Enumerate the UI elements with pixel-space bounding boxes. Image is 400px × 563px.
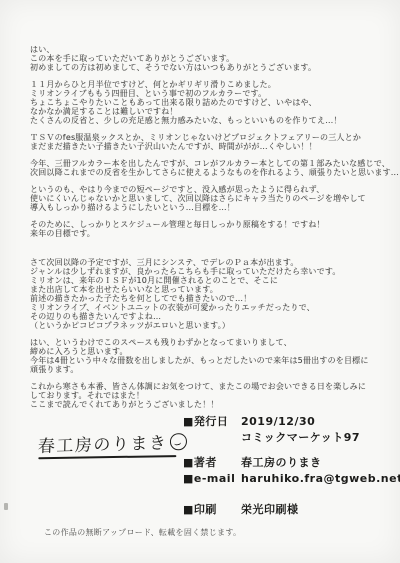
email-value: haruhiko.fra@tgweb.net	[241, 471, 400, 487]
text-line: その辺りのも描きたいんですよね…	[30, 312, 386, 321]
publish-date-label: ■発行日	[183, 414, 241, 430]
event-name-value: コミックマーケット97	[241, 430, 360, 446]
text-line: ここまで読んでくれてありがとうございました！！	[30, 400, 386, 409]
colophon-row-email: ■e-mail haruhiko.fra@tgweb.net	[183, 471, 400, 487]
text-line: また出店して本を出せたらいいなと思っています。	[30, 285, 386, 294]
scan-artifact	[4, 503, 8, 510]
text-line: 来年の目標です。	[30, 229, 386, 238]
text-line: 前述の描きたかった子たちを何としてでも描きたいので…！	[30, 294, 386, 303]
colophon-row-author: ■著者 春工房のりまき	[183, 455, 400, 471]
text-line: この本を手に取っていただいてありがとうございます。	[30, 54, 386, 63]
text-line: 使いにくいんじゃないかと思いまして、次回以降はさらにキャラ当たりのページを増やし…	[30, 194, 386, 203]
text-line: さて次回以降の予定ですが、三月にシンステ、でデレのＰａ本が出ます。	[30, 258, 386, 267]
event-label-spacer	[183, 430, 241, 446]
author-value: 春工房のりまき	[241, 455, 322, 471]
colophon-row-publish-date: ■発行日 2019/12/30	[183, 414, 400, 430]
text-line: ミリオンライブ、イベントユニットの衣装が可愛かったりエッチだったりで、	[30, 303, 386, 312]
text-line: 今年は4冊という中々な冊数を出しましたが、もっとだしたいので来年は5冊出すのを目…	[30, 356, 386, 365]
text-line: まだまだ描きたい子描きたい子沢山いたんですが、時間ががが…くやしい！！	[30, 142, 386, 151]
text-line: 導入もしっかり描けるようにしたいという…目標を…！	[30, 203, 386, 212]
text-line: ミリオンは、来年のＩＳＦが10月に開催されるとのことで、そこに	[30, 276, 386, 285]
publish-date-value: 2019/12/30	[241, 414, 315, 430]
text-line: はい、	[30, 45, 386, 54]
email-label: ■e-mail	[183, 471, 241, 487]
scanned-afterword-page: はい、 この本を手に取っていただいてありがとうございます。 初めましての方は初め…	[0, 0, 400, 563]
text-line: そのために、しっかりとスケジュール管理と毎日しっかり原稿をする！ですね！	[30, 220, 386, 229]
text-line: しております。それではまた！	[30, 391, 386, 400]
author-label: ■著者	[183, 455, 241, 471]
afterword-body: はい、 この本を手に取っていただいてありがとうございます。 初めましての方は初め…	[30, 37, 386, 417]
text-line: たくさんの反省と、少しの充足感と無力感みたいな、もっといいものを作りてえ…！	[30, 116, 386, 125]
colophon-block: ■発行日 2019/12/30 コミックマーケット97 ■著者 春工房のりまき …	[183, 414, 400, 518]
signature-text: 春工房のりまき	[38, 429, 168, 457]
text-line: ＴＳＶのfes服温泉ックスとか、ミリオンじゃないけどプロジェクトフェアリーの三人…	[30, 133, 386, 142]
text-line: なかなか満足することは難しいですね！	[30, 107, 386, 116]
handwritten-signature: 春工房のりまき	[38, 428, 187, 460]
text-line: 頑張ります。	[30, 365, 386, 374]
text-line: これから寒さも本番、皆さん体調にお気をつけて、またこの場でお会いできる日を楽しみ…	[30, 382, 386, 391]
text-line: （というかピコピコプラネッツがエロいと思います。）	[30, 321, 386, 330]
printer-value: 栄光印刷様	[241, 502, 299, 518]
text-line: はい、というわけでこのスペースも残りわずかとなってまいりまして、	[30, 338, 386, 347]
printer-label: ■印刷	[183, 502, 241, 518]
text-line: 締めに入ろうと思います。	[30, 347, 386, 356]
text-line: ジャンルは少しずれますが、良かったらこちらも手に取っていただけたら幸いです。	[30, 267, 386, 276]
colophon-row-printer: ■印刷 栄光印刷様	[183, 502, 400, 518]
text-line: ちょこちょこやりたいこともあって出来る限り詰めたのですけど、いやはや、	[30, 98, 386, 107]
colophon-row-event: コミックマーケット97	[183, 430, 400, 446]
text-line: というのも、やはり今までの短ページですと、没入感が思ったように得られず、	[30, 185, 386, 194]
text-line: １１月からひと月半位ですけど、何とかギリギリ滑りこめました。	[30, 80, 386, 89]
text-line: 初めましての方は初めまして、そうでない方はいつもありがとうございます。	[30, 63, 386, 72]
copyright-warning: この作品の無断アップロード、転載を固く禁じます。	[44, 527, 241, 538]
text-line: 次回以降これまでの反省を生かしてさらに使えるようなものを作れるよう、頑張りたいと…	[30, 168, 386, 177]
text-line: ミリオンライブももう四冊目、という事で初のフルカラーです。	[30, 89, 386, 98]
text-line: 今年、三冊フルカラー本を出したんですが、コレがフルカラー本としての第１部みたいな…	[30, 159, 386, 168]
